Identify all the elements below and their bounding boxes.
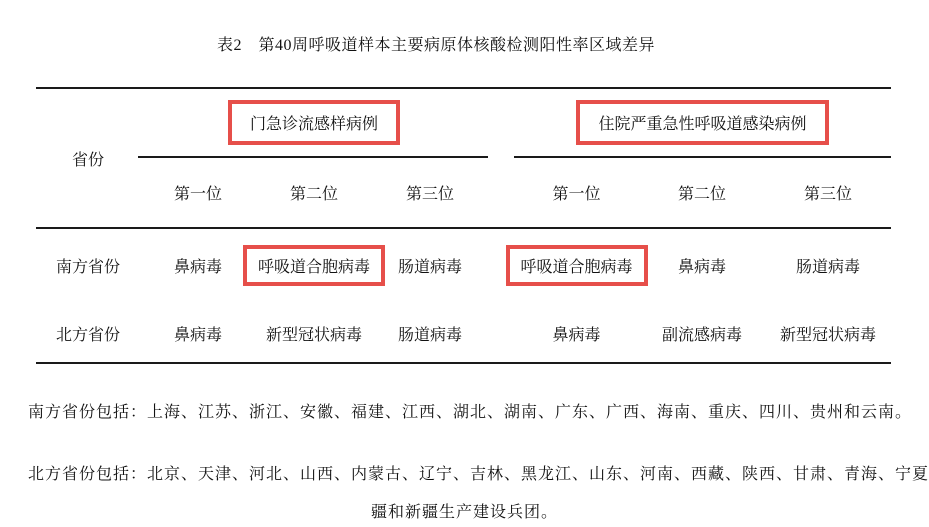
note-northern-provinces-line1: 北方省份包括：北京、天津、河北、山西、内蒙古、辽宁、吉林、黑龙江、山东、河南、西…: [0, 461, 929, 484]
note-northern-provinces: 北方省份包括：北京、天津、河北、山西、内蒙古、辽宁、吉林、黑龙江、山东、河南、西…: [0, 461, 929, 522]
cell-north-inpatient-1: 鼻病毒: [514, 305, 639, 362]
rank-header-outpatient-3: 第三位: [372, 158, 488, 227]
group-header-outpatient-label: 门急诊流感样病例: [250, 116, 378, 133]
group-header-outpatient-cell: 门急诊流感样病例: [140, 89, 488, 156]
table-bottom-rule: [36, 362, 891, 364]
rank-header-inpatient-1: 第一位: [514, 158, 639, 227]
cell-south-inpatient-1-text: 呼吸道合胞病毒: [521, 259, 633, 276]
highlight-box-inpatient-header: 住院严重急性呼吸道感染病例: [576, 100, 828, 145]
table-title: 表2 第40周呼吸道样本主要病原体核酸检测阳性率区域差异: [0, 32, 872, 55]
highlight-box-outpatient-header: 门急诊流感样病例: [228, 100, 400, 145]
cell-south-outpatient-2: 呼吸道合胞病毒: [256, 229, 372, 301]
cell-north-outpatient-3: 肠道病毒: [372, 305, 488, 362]
note-northern-provinces-line2: 疆和新疆生产建设兵团。: [0, 499, 929, 522]
cell-south-inpatient-1: 呼吸道合胞病毒: [514, 229, 639, 301]
cell-south-outpatient-1: 鼻病毒: [140, 229, 256, 301]
rank-header-inpatient-3: 第三位: [765, 158, 891, 227]
rank-header-outpatient-2: 第二位: [256, 158, 372, 227]
cell-south-inpatient-3: 肠道病毒: [765, 229, 891, 301]
rank-header-inpatient-2: 第二位: [639, 158, 765, 227]
document-page: 表2 第40周呼吸道样本主要病原体核酸检测阳性率区域差异 省份 门急诊流感样病例…: [0, 0, 929, 527]
cell-south-outpatient-3: 肠道病毒: [372, 229, 488, 301]
cell-north-outpatient-2: 新型冠状病毒: [256, 305, 372, 362]
group-header-inpatient-label: 住院严重急性呼吸道感染病例: [598, 116, 806, 133]
highlight-box-south-inpatient-1: 呼吸道合胞病毒: [506, 245, 648, 286]
cell-south-outpatient-2-text: 呼吸道合胞病毒: [258, 259, 370, 276]
note-southern-provinces: 南方省份包括：上海、江苏、浙江、安徽、福建、江西、湖北、湖南、广东、广西、海南、…: [28, 399, 912, 422]
data-table: 省份 门急诊流感样病例 住院严重急性呼吸道感染病例 第一位 第二位 第三位 第一…: [36, 87, 891, 364]
cell-north-outpatient-1: 鼻病毒: [140, 305, 256, 362]
row-north-province-label: 北方省份: [36, 305, 140, 362]
cell-south-inpatient-2: 鼻病毒: [639, 229, 765, 301]
highlight-box-south-outpatient-2: 呼吸道合胞病毒: [243, 245, 385, 286]
province-column-header: 省份: [36, 89, 140, 227]
rank-header-outpatient-1: 第一位: [140, 158, 256, 227]
cell-north-inpatient-3: 新型冠状病毒: [765, 305, 891, 362]
cell-north-inpatient-2: 副流感病毒: [639, 305, 765, 362]
row-south-province-label: 南方省份: [36, 229, 140, 301]
group-header-inpatient-cell: 住院严重急性呼吸道感染病例: [514, 89, 891, 156]
